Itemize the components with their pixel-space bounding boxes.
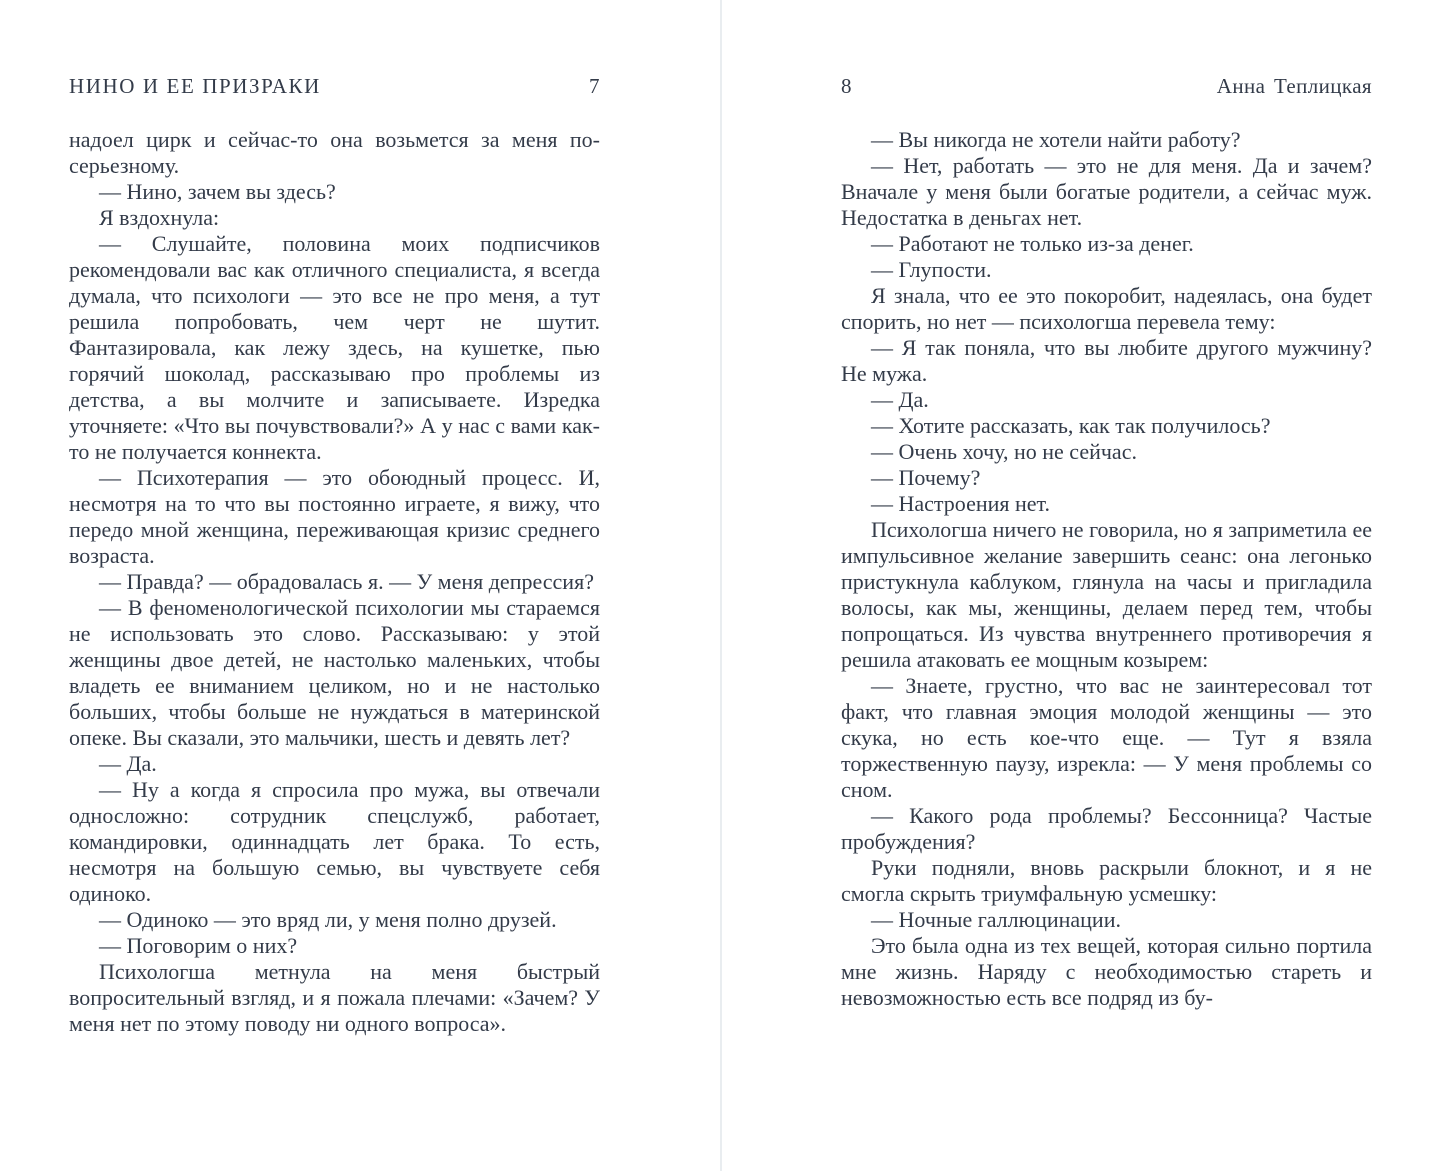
running-title: НИНО И ЕЕ ПРИЗРАКИ <box>69 74 321 98</box>
paragraph: — Хотите рассказать, как так получилось? <box>841 413 1372 439</box>
paragraph: Психологша ничего не говорила, но я запр… <box>841 517 1372 673</box>
paragraph: — Глупости. <box>841 257 1372 283</box>
page-body-left: надоел цирк и сейчас-то она возьмется за… <box>69 127 600 1037</box>
paragraph: — Знаете, грустно, что вас не заинтересо… <box>841 673 1372 803</box>
book-spread: НИНО И ЕЕ ПРИЗРАКИ 7 надоел цирк и сейча… <box>0 0 1445 1171</box>
paragraph: — Психотерапия — это обоюдный процесс. И… <box>69 465 600 569</box>
paragraph: — Я так поняла, что вы любите другого му… <box>841 335 1372 387</box>
page-right: 8 Анна Теплицкая — Вы никогда не хотели … <box>841 0 1372 1171</box>
paragraph: — Ночные галлюцинации. <box>841 907 1372 933</box>
page-number-right: 8 <box>841 74 852 98</box>
paragraph: — Одиноко — это вряд ли, у меня полно др… <box>69 907 600 933</box>
paragraph: — Правда? — обрадовалась я. — У меня деп… <box>69 569 600 595</box>
page-left: НИНО И ЕЕ ПРИЗРАКИ 7 надоел цирк и сейча… <box>69 0 600 1171</box>
paragraph: — Настроения нет. <box>841 491 1372 517</box>
paragraph: — Да. <box>69 751 600 777</box>
paragraph: Я знала, что ее это покоробит, надеялась… <box>841 283 1372 335</box>
paragraph: — Да. <box>841 387 1372 413</box>
paragraph: — Нет, работать — это не для меня. Да и … <box>841 153 1372 231</box>
paragraph: — Вы никогда не хотели найти работу? <box>841 127 1372 153</box>
paragraph: — Какого рода проблемы? Бессонница? Част… <box>841 803 1372 855</box>
page-number-left: 7 <box>589 74 600 98</box>
paragraph: — Работают не только из-за денег. <box>841 231 1372 257</box>
paragraph: — Почему? <box>841 465 1372 491</box>
paragraph: — Очень хочу, но не сейчас. <box>841 439 1372 465</box>
page-header-left: НИНО И ЕЕ ПРИЗРАКИ 7 <box>69 74 600 98</box>
paragraph: надоел цирк и сейчас-то она возьмется за… <box>69 127 600 179</box>
paragraph: — Ну а когда я спросила про мужа, вы отв… <box>69 777 600 907</box>
page-body-right: — Вы никогда не хотели найти работу?— Не… <box>841 127 1372 1011</box>
gutter-divider <box>720 0 722 1171</box>
paragraph: — Слушайте, половина моих подписчиков ре… <box>69 231 600 465</box>
author-name: Анна Теплицкая <box>1217 74 1372 98</box>
paragraph: Психологша метнула на меня быстрый вопро… <box>69 959 600 1037</box>
paragraph: — Поговорим о них? <box>69 933 600 959</box>
page-header-right: 8 Анна Теплицкая <box>841 74 1372 98</box>
paragraph: Руки подняли, вновь раскрыли блокнот, и … <box>841 855 1372 907</box>
paragraph: — В феноменологической психологии мы ста… <box>69 595 600 751</box>
paragraph: — Нино, зачем вы здесь? <box>69 179 600 205</box>
paragraph: Это была одна из тех вещей, которая силь… <box>841 933 1372 1011</box>
paragraph: Я вздохнула: <box>69 205 600 231</box>
